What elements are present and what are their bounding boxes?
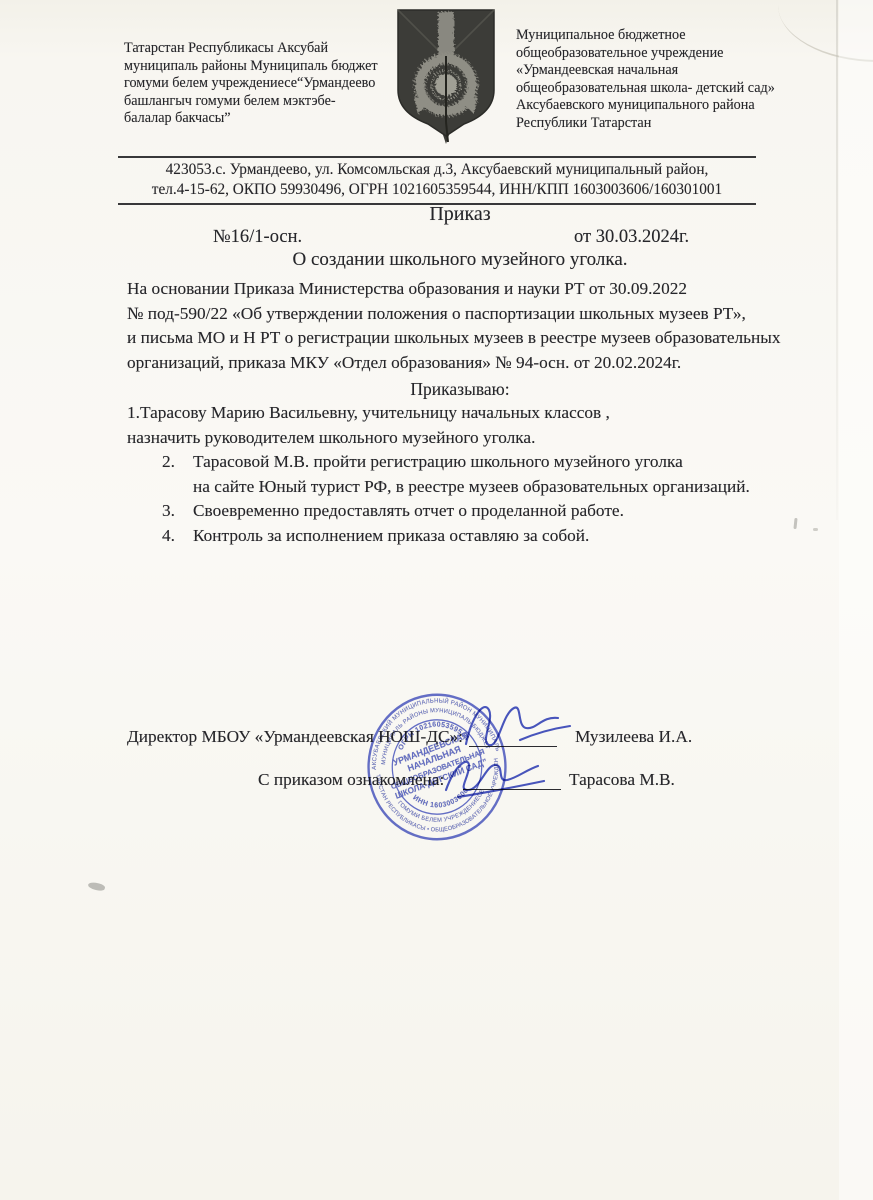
org-name-tatar: Татарстан Республикасы Аксубай муниципал…: [124, 40, 382, 128]
org-name-russian: Муниципальное бюджетное общеобразователь…: [516, 27, 786, 133]
order-items-list: 1.Тарасову Марию Васильевну, учительницу…: [127, 401, 817, 549]
order-item-1: 1.Тарасову Марию Васильевну, учительницу…: [127, 401, 817, 450]
order-item-line: 4.Контроль за исполнением приказа оставл…: [127, 524, 817, 549]
signature-name: Музилеева И.А.: [575, 727, 692, 747]
basis-line: и письма МО и Н РТ о регистрации школьны…: [127, 326, 797, 351]
letterhead-address: 423053.с. Урмандеево, ул. Комсомльская д…: [118, 156, 756, 205]
director-signature-ink: [458, 698, 576, 754]
scan-smudge: [87, 881, 105, 892]
order-item-line: 2.Тарасовой М.В. пройти регистрацию школ…: [127, 450, 817, 475]
signature-name: Тарасова М.В.: [569, 770, 675, 790]
basis-line: № под-590/22 «Об утверждении положения о…: [127, 302, 797, 327]
order-title: Приказ: [90, 203, 830, 226]
order-date: от 30.03.2024г.: [574, 227, 689, 248]
address-line: 423053.с. Урмандеево, ул. Комсомльская д…: [118, 160, 756, 180]
order-item-line: 3.Своевременно предоставлять отчет о про…: [127, 499, 817, 524]
order-item-line: на сайте Юный турист РФ, в реестре музее…: [127, 475, 817, 500]
order-item-4: 4.Контроль за исполнением приказа оставл…: [127, 524, 817, 549]
order-item-3: 3.Своевременно предоставлять отчет о про…: [127, 499, 817, 524]
order-number: №16/1-осн.: [213, 227, 302, 248]
directive-heading: Приказываю:: [90, 379, 830, 400]
item-number: 3.: [162, 499, 193, 524]
basis-line: На основании Приказа Министерства образо…: [127, 277, 797, 302]
scan-edge-strip: [839, 0, 873, 1200]
item-number: 2.: [162, 450, 193, 475]
order-subject: О создании школьного музейного уголка.: [90, 249, 830, 271]
coat-of-arms-icon: [392, 6, 500, 144]
basis-line: организаций, приказа МКУ «Отдел образова…: [127, 351, 797, 376]
scan-edge-line-artifact: [836, 0, 838, 520]
order-basis-paragraph: На основании Приказа Министерства образо…: [127, 277, 797, 375]
item-number: 4.: [162, 524, 193, 549]
scanned-order-document: Татарстан Республикасы Аксубай муниципал…: [0, 0, 873, 1200]
order-item-line: назначить руководителем школьного музейн…: [127, 426, 817, 451]
order-item-line: 1.Тарасову Марию Васильевну, учительницу…: [127, 401, 817, 426]
acknowledged-signature-ink: [436, 752, 554, 804]
order-item-2: 2.Тарасовой М.В. пройти регистрацию школ…: [127, 450, 817, 499]
address-line: тел.4-15-62, ОКПО 59930496, ОГРН 1021605…: [118, 180, 756, 200]
